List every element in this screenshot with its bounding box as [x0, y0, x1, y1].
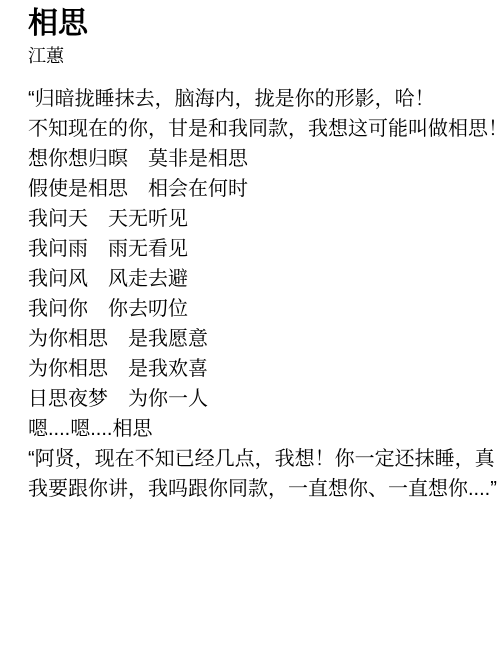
lyric-line: 我问天 天无听见 — [28, 204, 500, 234]
lyric-line: “阿贤，现在不知已经几点，我想！你一定还抹睡，真 — [28, 444, 500, 474]
lyrics-body: “归暗拢睡抹去，脑海内，拢是你的形影，哈！ 不知现在的你，甘是和我同款，我想这可… — [28, 84, 500, 504]
lyric-line: 我要跟你讲，我吗跟你同款，一直想你、一直想你....” — [28, 474, 500, 504]
lyric-line: 假使是相思 相会在何时 — [28, 174, 500, 204]
lyric-line: “归暗拢睡抹去，脑海内，拢是你的形影，哈！ — [28, 84, 500, 114]
lyric-line: 我问雨 雨无看见 — [28, 234, 500, 264]
lyric-line: 不知现在的你，甘是和我同款，我想这可能叫做相思！ — [28, 114, 500, 144]
lyric-line: 我问风 风走去避 — [28, 264, 500, 294]
lyric-line: 日思夜梦 为你一人 — [28, 384, 500, 414]
lyric-line: 我问你 你去叨位 — [28, 294, 500, 324]
lyric-line: 嗯....嗯....相思 — [28, 414, 500, 444]
lyric-line: 为你相思 是我愿意 — [28, 324, 500, 354]
song-title: 相思 — [28, 6, 500, 42]
lyrics-page: 相思 江蕙 “归暗拢睡抹去，脑海内，拢是你的形影，哈！ 不知现在的你，甘是和我同… — [0, 0, 500, 504]
artist-name: 江蕙 — [28, 44, 500, 68]
lyric-line: 想你想归暝 莫非是相思 — [28, 144, 500, 174]
lyric-line: 为你相思 是我欢喜 — [28, 354, 500, 384]
